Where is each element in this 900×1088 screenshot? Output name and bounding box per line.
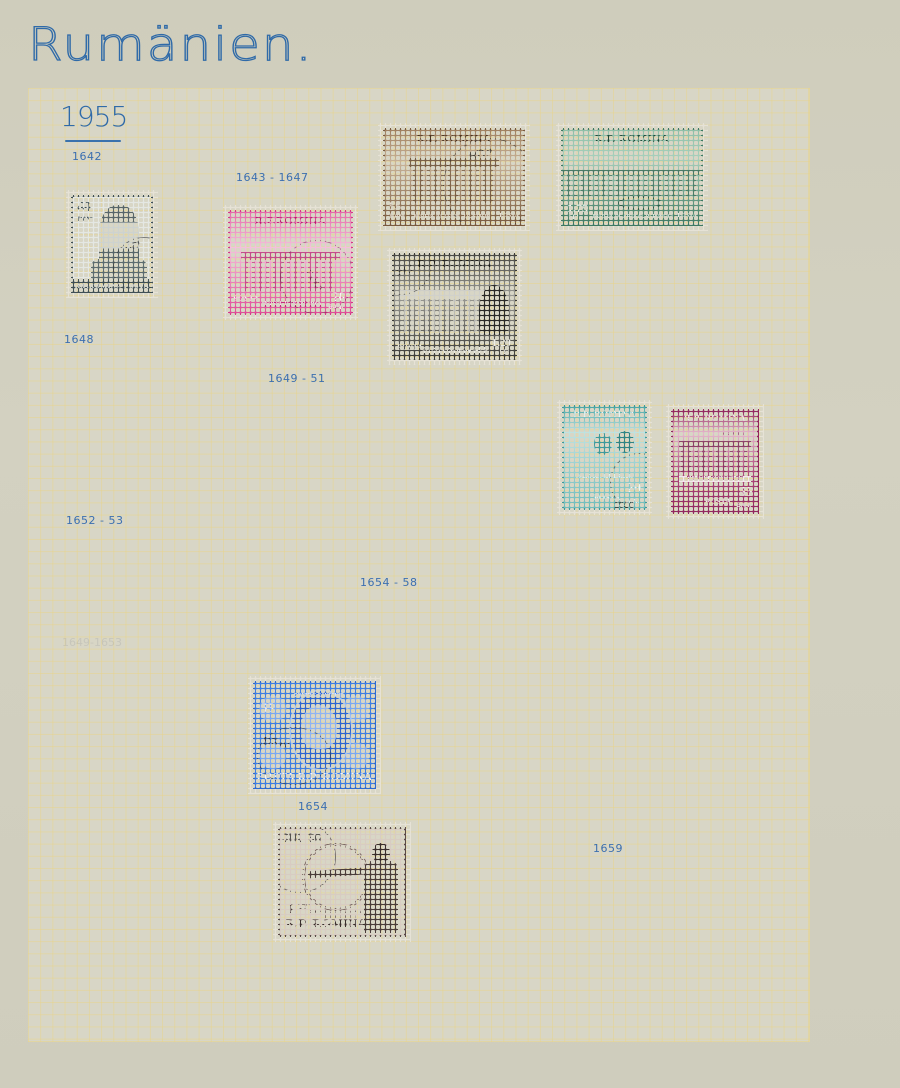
- museum-building: [404, 290, 489, 333]
- catalog-label-1648: 1648: [64, 333, 94, 346]
- stamp-unit: BANI: [624, 499, 639, 505]
- shooter-head: [372, 843, 390, 863]
- stamp-55-bani-cantemir[interactable]: DIMITRIE CANTEMIR 55 POSTA R.P. ROMINA B…: [248, 676, 381, 794]
- catalog-label-1652-53: 1652 - 53: [66, 514, 123, 527]
- page-title: Rumänien.: [28, 22, 313, 67]
- fountain: [618, 196, 662, 210]
- year-underline: [65, 140, 121, 142]
- stamp-120-lei-folk-art-museum[interactable]: R.P. ROMINA POSTA MUZEUL DE ARTA POPULAR…: [387, 248, 522, 365]
- stamp-caption: PALATUL PIONIERILOR: [570, 474, 639, 480]
- album-page: Rumänien. 1955 1642 1643 - 1647 1648 164…: [0, 0, 900, 1088]
- stamp-posta: POSTA: [397, 343, 423, 352]
- stamp-country: R.P. ROMINA: [673, 413, 757, 423]
- tree: [479, 285, 509, 335]
- stamp-country: R.P. ROMINA: [385, 133, 523, 145]
- stamp-unit: LEU: [298, 905, 310, 911]
- stamp-175-lei-art-museum[interactable]: R.P. ROMINA 1.75 LEI MUZEUL DE ARTA AL R…: [556, 123, 708, 231]
- stamp-value: 55: [739, 486, 753, 500]
- stamp-caption: MUZEUL TEODOR AMAN: [262, 301, 321, 307]
- stamp-unit: LEI: [500, 350, 509, 356]
- stamp-value: 1.75: [567, 202, 588, 214]
- stamp-posta: POSTA: [705, 497, 731, 506]
- stamp-55-bani-pioneers-palace[interactable]: R.P. ROMINA BUCURESTI PALATUL PIONIERILO…: [666, 404, 764, 519]
- portrait-face: [301, 705, 337, 749]
- stamp-caption: MUZEUL DE ARTA AL REPUBLICII POPULARE RO…: [593, 214, 673, 220]
- stamp-unit: BANI: [328, 305, 343, 311]
- stamp-country: R.P. ROMINA: [394, 258, 515, 270]
- catalog-label-1659: 1659: [593, 842, 623, 855]
- stamp-value: 1: [288, 902, 295, 915]
- stamp-unit: BANI: [78, 217, 93, 223]
- stamp-value: 55: [389, 200, 401, 212]
- stamp-posta: POSTA: [677, 213, 697, 219]
- museum-building: [413, 158, 496, 203]
- stamp-country: R.P. ROMINA: [563, 133, 701, 145]
- stamp-country: R.P.ROMINA POSTA: [73, 282, 151, 290]
- stamp-country: R.P.ROMINA: [230, 215, 351, 227]
- stamp-caption: PALATUL PIONIERILOR: [679, 476, 751, 482]
- stamp-20-bani-aman-museum[interactable]: R.P.ROMINA POSTA MUZEUL TEODOR AMAN 20 B…: [223, 205, 358, 320]
- stamp-value: 20: [332, 290, 345, 303]
- catalog-label-1643-1647: 1643 - 1647: [236, 171, 308, 184]
- stamp-country: R.P. ROMINA: [564, 409, 645, 419]
- catalog-label-1649-51: 1649 - 51: [268, 372, 325, 385]
- stamp-subcaption: BUCURESTI: [713, 431, 751, 436]
- catalog-label-1654: 1654: [298, 800, 328, 813]
- stamp-caption: MUZEUL DE ARTA POPULARA: [422, 347, 489, 353]
- page-year: 1955: [60, 100, 127, 133]
- stamp-caption: MUZEUL V.I. LENIN - I.V. STALIN: [411, 214, 493, 220]
- stamp-unit: LEI: [569, 215, 578, 221]
- palace-building: [681, 441, 748, 471]
- portrait-figure: [99, 205, 139, 267]
- stamp-55-bani-lenin-stalin-museum[interactable]: R.P. ROMINA 55 BANI MUZEUL V.I. LENIN - …: [378, 123, 530, 231]
- erased-pencil-mark: 1649-1653: [62, 636, 122, 649]
- stamp-value: 55: [261, 701, 274, 714]
- stamp-caption: DIMITRIE CANTEMIR: [289, 693, 349, 699]
- child-figure: [616, 431, 634, 453]
- catalog-label-1654-58: 1654 - 58: [360, 576, 417, 589]
- museum-building: [567, 170, 697, 196]
- stamp-posta: POSTA: [233, 294, 259, 303]
- museum-building: [245, 252, 337, 290]
- catalog-label-1642: 1642: [72, 150, 102, 163]
- stamp-40-bani-girl[interactable]: 40 BANI R.P.ROMINA POSTA URI: [66, 190, 158, 298]
- stamp-posta: POSTA: [499, 213, 519, 219]
- stamp-1-leu-shooting-championship[interactable]: CAMPIONATELE EUROPENE DE TIR BUCURESTI 1…: [273, 822, 411, 942]
- stamp-unit: BANI: [390, 214, 405, 220]
- stamp-20-bani-pioneers[interactable]: R.P. ROMINA PALATUL PIONIERILOR POSTA 20…: [557, 400, 652, 515]
- child-figure: [594, 433, 612, 455]
- stamp-value: 40: [77, 201, 91, 215]
- stamp-unit: BANI: [736, 503, 751, 509]
- stamp-posta: POSTA: [594, 493, 620, 502]
- stamp-country: R.P. ROMINA: [286, 916, 367, 931]
- stamp-value: 20: [627, 482, 641, 496]
- stamp-value: 1.20: [492, 338, 511, 349]
- stamp-country: POSTA R.P. ROMINA: [255, 771, 374, 783]
